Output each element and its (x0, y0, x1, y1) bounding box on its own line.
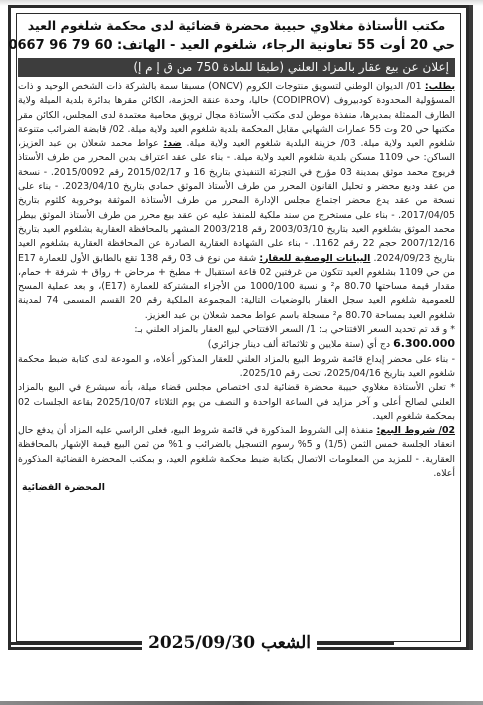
against-text: عواط محمد شعلان بن عبد العزيز، الساكن: ح… (18, 138, 455, 263)
notice-content: مكتب الأستاذة مغلاوي حبيبة محضرة قضائية … (18, 16, 455, 496)
auction-text: * تعلن الأستاذة مغلاوي حبيبة محضرة قضائي… (18, 382, 455, 422)
deposit-paragraph: - بناء على محضر إيداع قائمة شروط البيع ب… (18, 353, 455, 382)
conditions-paragraph: 02/ شروط البيع: منفذة إلى الشروط المذكور… (18, 424, 455, 481)
auction-paragraph: * تعلن الأستاذة مغلاوي حبيبة محضرة قضائي… (18, 381, 455, 424)
price-intro: * و قد تم تحديد السعر الافتتاحي بـ: 1/ ا… (134, 324, 455, 335)
frame-right-rail (469, 5, 473, 650)
applicant-label: بطلب: (425, 81, 455, 92)
office-address-phone: حي 20 أوت 55 تعاونية الرجاء، شلغوم العيد… (18, 36, 455, 56)
opening-price: 6.300.000 (393, 337, 455, 350)
conditions-label: 02/ شروط البيع: (376, 425, 455, 436)
against-label: ضد: (163, 138, 181, 149)
newspaper-name: الشعب (261, 633, 311, 653)
notice-title-banner: إعلان عن بيع عقار بالمزاد العلني (طبقا ل… (18, 58, 455, 77)
notice-body: بطلب: 01/ الديوان الوطني لتسويق منتوجات … (18, 80, 455, 496)
deposit-text: - بناء على محضر إيداع قائمة شروط البيع ب… (18, 354, 455, 379)
publication-info: الشعب 2025/09/30 (142, 630, 317, 656)
applicant-paragraph: بطلب: 01/ الديوان الوطني لتسويق منتوجات … (18, 80, 455, 323)
publication-date: 2025/09/30 (148, 633, 255, 653)
price-amount-line: 6.300.000 دج أي (ستة ملايين و ثلاثمائة أ… (18, 337, 455, 352)
scan-edge-bottom (0, 701, 483, 705)
price-paragraph: * و قد تم تحديد السعر الافتتاحي بـ: 1/ ا… (18, 323, 455, 337)
bailiff-signature: المحضرة القضائية (22, 481, 105, 495)
publication-footer: الشعب 2025/09/30 (8, 628, 469, 658)
signature-row: المحضرة القضائية (18, 481, 455, 495)
office-name: مكتب الأستاذة مغلاوي حبيبة محضرة قضائية … (18, 16, 455, 36)
description-label: البيانات الوصفية للعقار: (259, 253, 370, 264)
opening-price-words: دج أي (ستة ملايين و ثلاثمائة ألف دينار ج… (208, 339, 390, 350)
